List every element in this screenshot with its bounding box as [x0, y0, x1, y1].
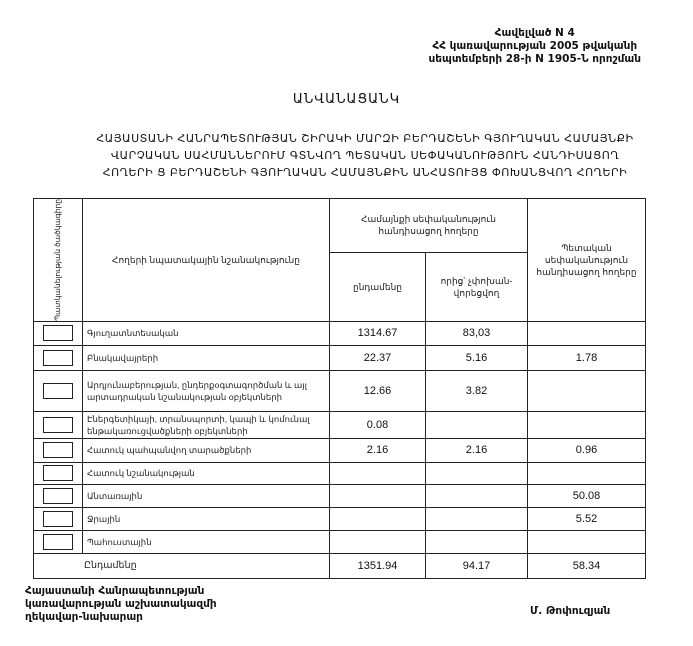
- community-total: 22.37: [330, 345, 426, 370]
- annex-number: Հավելված N 4: [428, 27, 641, 40]
- land-table: Պատկանելության ծածկագիրը Հողերի նպատակայ…: [33, 198, 646, 579]
- community-total: [330, 530, 426, 553]
- community-of-which: 2.16: [426, 438, 528, 462]
- document-subtitle: ՀԱՅԱՍՏԱՆԻ ՀԱՆՐԱՊԵՏՈՒԹՅԱՆ ՇԻՐԱԿԻ ՄԱՐԶԻ ԲԵ…: [40, 130, 690, 181]
- state-land: 50.08: [528, 484, 646, 507]
- code-box: [43, 325, 73, 341]
- state-land: 1.78: [528, 345, 646, 370]
- community-total: [330, 507, 426, 530]
- table-row: Գյուղատնտեսական1314.6783,03: [34, 321, 646, 345]
- document-title: ԱՆՎԱՆԱՑԱՆԿ: [0, 92, 693, 107]
- code-box: [43, 417, 73, 433]
- code-box: [43, 442, 73, 458]
- table-row: Հատուկ պահպանվող տարածքների2.162.160.96: [34, 438, 646, 462]
- signatory-name: Մ. Թոփուզյան: [530, 605, 610, 617]
- annex-date-line: սեպտեմբերի 28-ի N 1905-Ն որոշման: [428, 53, 641, 66]
- state-land: [528, 321, 646, 345]
- community-of-which: 83,03: [426, 321, 528, 345]
- subtitle-line: ՎԱՐՉԱԿԱՆ ՍԱՀՄԱՆՆԵՐՈՒՄ ԳՏՆՎՈՂ ՊԵՏԱԿԱՆ ՍԵՓ…: [40, 147, 690, 164]
- state-land: [528, 370, 646, 411]
- state-land: [528, 411, 646, 438]
- annex-reference: Հավելված N 4 ՀՀ կառավարության 2005 թվակա…: [428, 27, 641, 66]
- land-category: Պահուստային: [83, 530, 330, 553]
- header-community: Համայնքի սեփականություն հանդիսացող հողեր…: [330, 199, 528, 253]
- land-category: Էներգետիկայի, տրանսպորտի, կապի և կոմունա…: [83, 411, 330, 438]
- header-of-which: որից՝ չփոխան-վորեցվող: [426, 252, 528, 321]
- land-category: Հատուկ նշանակության: [83, 462, 330, 484]
- table-row: Բնակավայրերի22.375.161.78: [34, 345, 646, 370]
- code-cell: [34, 438, 83, 462]
- land-category: Արդյունաբերության, ընդերքօգտագործման և ա…: [83, 370, 330, 411]
- community-of-which: [426, 411, 528, 438]
- code-cell: [34, 321, 83, 345]
- land-category: Անտառային: [83, 484, 330, 507]
- community-of-which: 3.82: [426, 370, 528, 411]
- land-category: Գյուղատնտեսական: [83, 321, 330, 345]
- community-total: 2.16: [330, 438, 426, 462]
- signatory-title: Հայաստանի Հանրապետության կառավարության ա…: [25, 585, 217, 624]
- code-cell: [34, 345, 83, 370]
- header-name: Հողերի նպատակային նշանակությունը: [83, 199, 330, 322]
- state-land: [528, 530, 646, 553]
- code-box: [43, 465, 73, 481]
- community-total: 1314.67: [330, 321, 426, 345]
- code-cell: [34, 484, 83, 507]
- community-total: 0.08: [330, 411, 426, 438]
- code-cell: [34, 411, 83, 438]
- land-category: Բնակավայրերի: [83, 345, 330, 370]
- community-of-which: [426, 530, 528, 553]
- totals-label: Ընդամենը: [34, 553, 330, 578]
- table-row: Անտառային50.08: [34, 484, 646, 507]
- code-box: [43, 488, 73, 504]
- header-code: Պատկանելության ծածկագիրը: [34, 199, 83, 322]
- header-state: Պետական սեփականություն հանդիսացող հողերը: [528, 199, 646, 322]
- land-category: Հատուկ պահպանվող տարածքների: [83, 438, 330, 462]
- totals-state: 58.34: [528, 553, 646, 578]
- land-category: Ջրային: [83, 507, 330, 530]
- annex-decree-line: ՀՀ կառավարության 2005 թվականի: [428, 40, 641, 53]
- header-total: ընդամենը: [330, 252, 426, 321]
- code-box: [43, 383, 73, 399]
- community-total: 12.66: [330, 370, 426, 411]
- subtitle-line: ՀԱՅԱՍՏԱՆԻ ՀԱՆՐԱՊԵՏՈՒԹՅԱՆ ՇԻՐԱԿԻ ՄԱՐԶԻ ԲԵ…: [40, 130, 690, 147]
- code-box: [43, 534, 73, 550]
- community-of-which: 5.16: [426, 345, 528, 370]
- state-land: [528, 462, 646, 484]
- totals-community: 1351.94: [330, 553, 426, 578]
- table-row: Հատուկ նշանակության: [34, 462, 646, 484]
- code-box: [43, 511, 73, 527]
- table-row: Ջրային5.52: [34, 507, 646, 530]
- table-row: Պահուստային: [34, 530, 646, 553]
- community-of-which: [426, 484, 528, 507]
- code-cell: [34, 370, 83, 411]
- community-of-which: [426, 462, 528, 484]
- state-land: 5.52: [528, 507, 646, 530]
- subtitle-line: ՀՈՂԵՐԻ Ց ԲԵՐԴԱՇԵՆԻ ԳՅՈՒՂԱԿԱՆ ՀԱՄԱՅՆՔԻՆ Ա…: [40, 164, 690, 181]
- code-cell: [34, 462, 83, 484]
- totals-of-which: 94.17: [426, 553, 528, 578]
- community-total: [330, 484, 426, 507]
- state-land: 0.96: [528, 438, 646, 462]
- table-row: Արդյունաբերության, ընդերքօգտագործման և ա…: [34, 370, 646, 411]
- code-box: [43, 350, 73, 366]
- totals-row: Ընդամենը1351.9494.1758.34: [34, 553, 646, 578]
- table-row: Էներգետիկայի, տրանսպորտի, կապի և կոմունա…: [34, 411, 646, 438]
- code-cell: [34, 530, 83, 553]
- community-total: [330, 462, 426, 484]
- code-cell: [34, 507, 83, 530]
- community-of-which: [426, 507, 528, 530]
